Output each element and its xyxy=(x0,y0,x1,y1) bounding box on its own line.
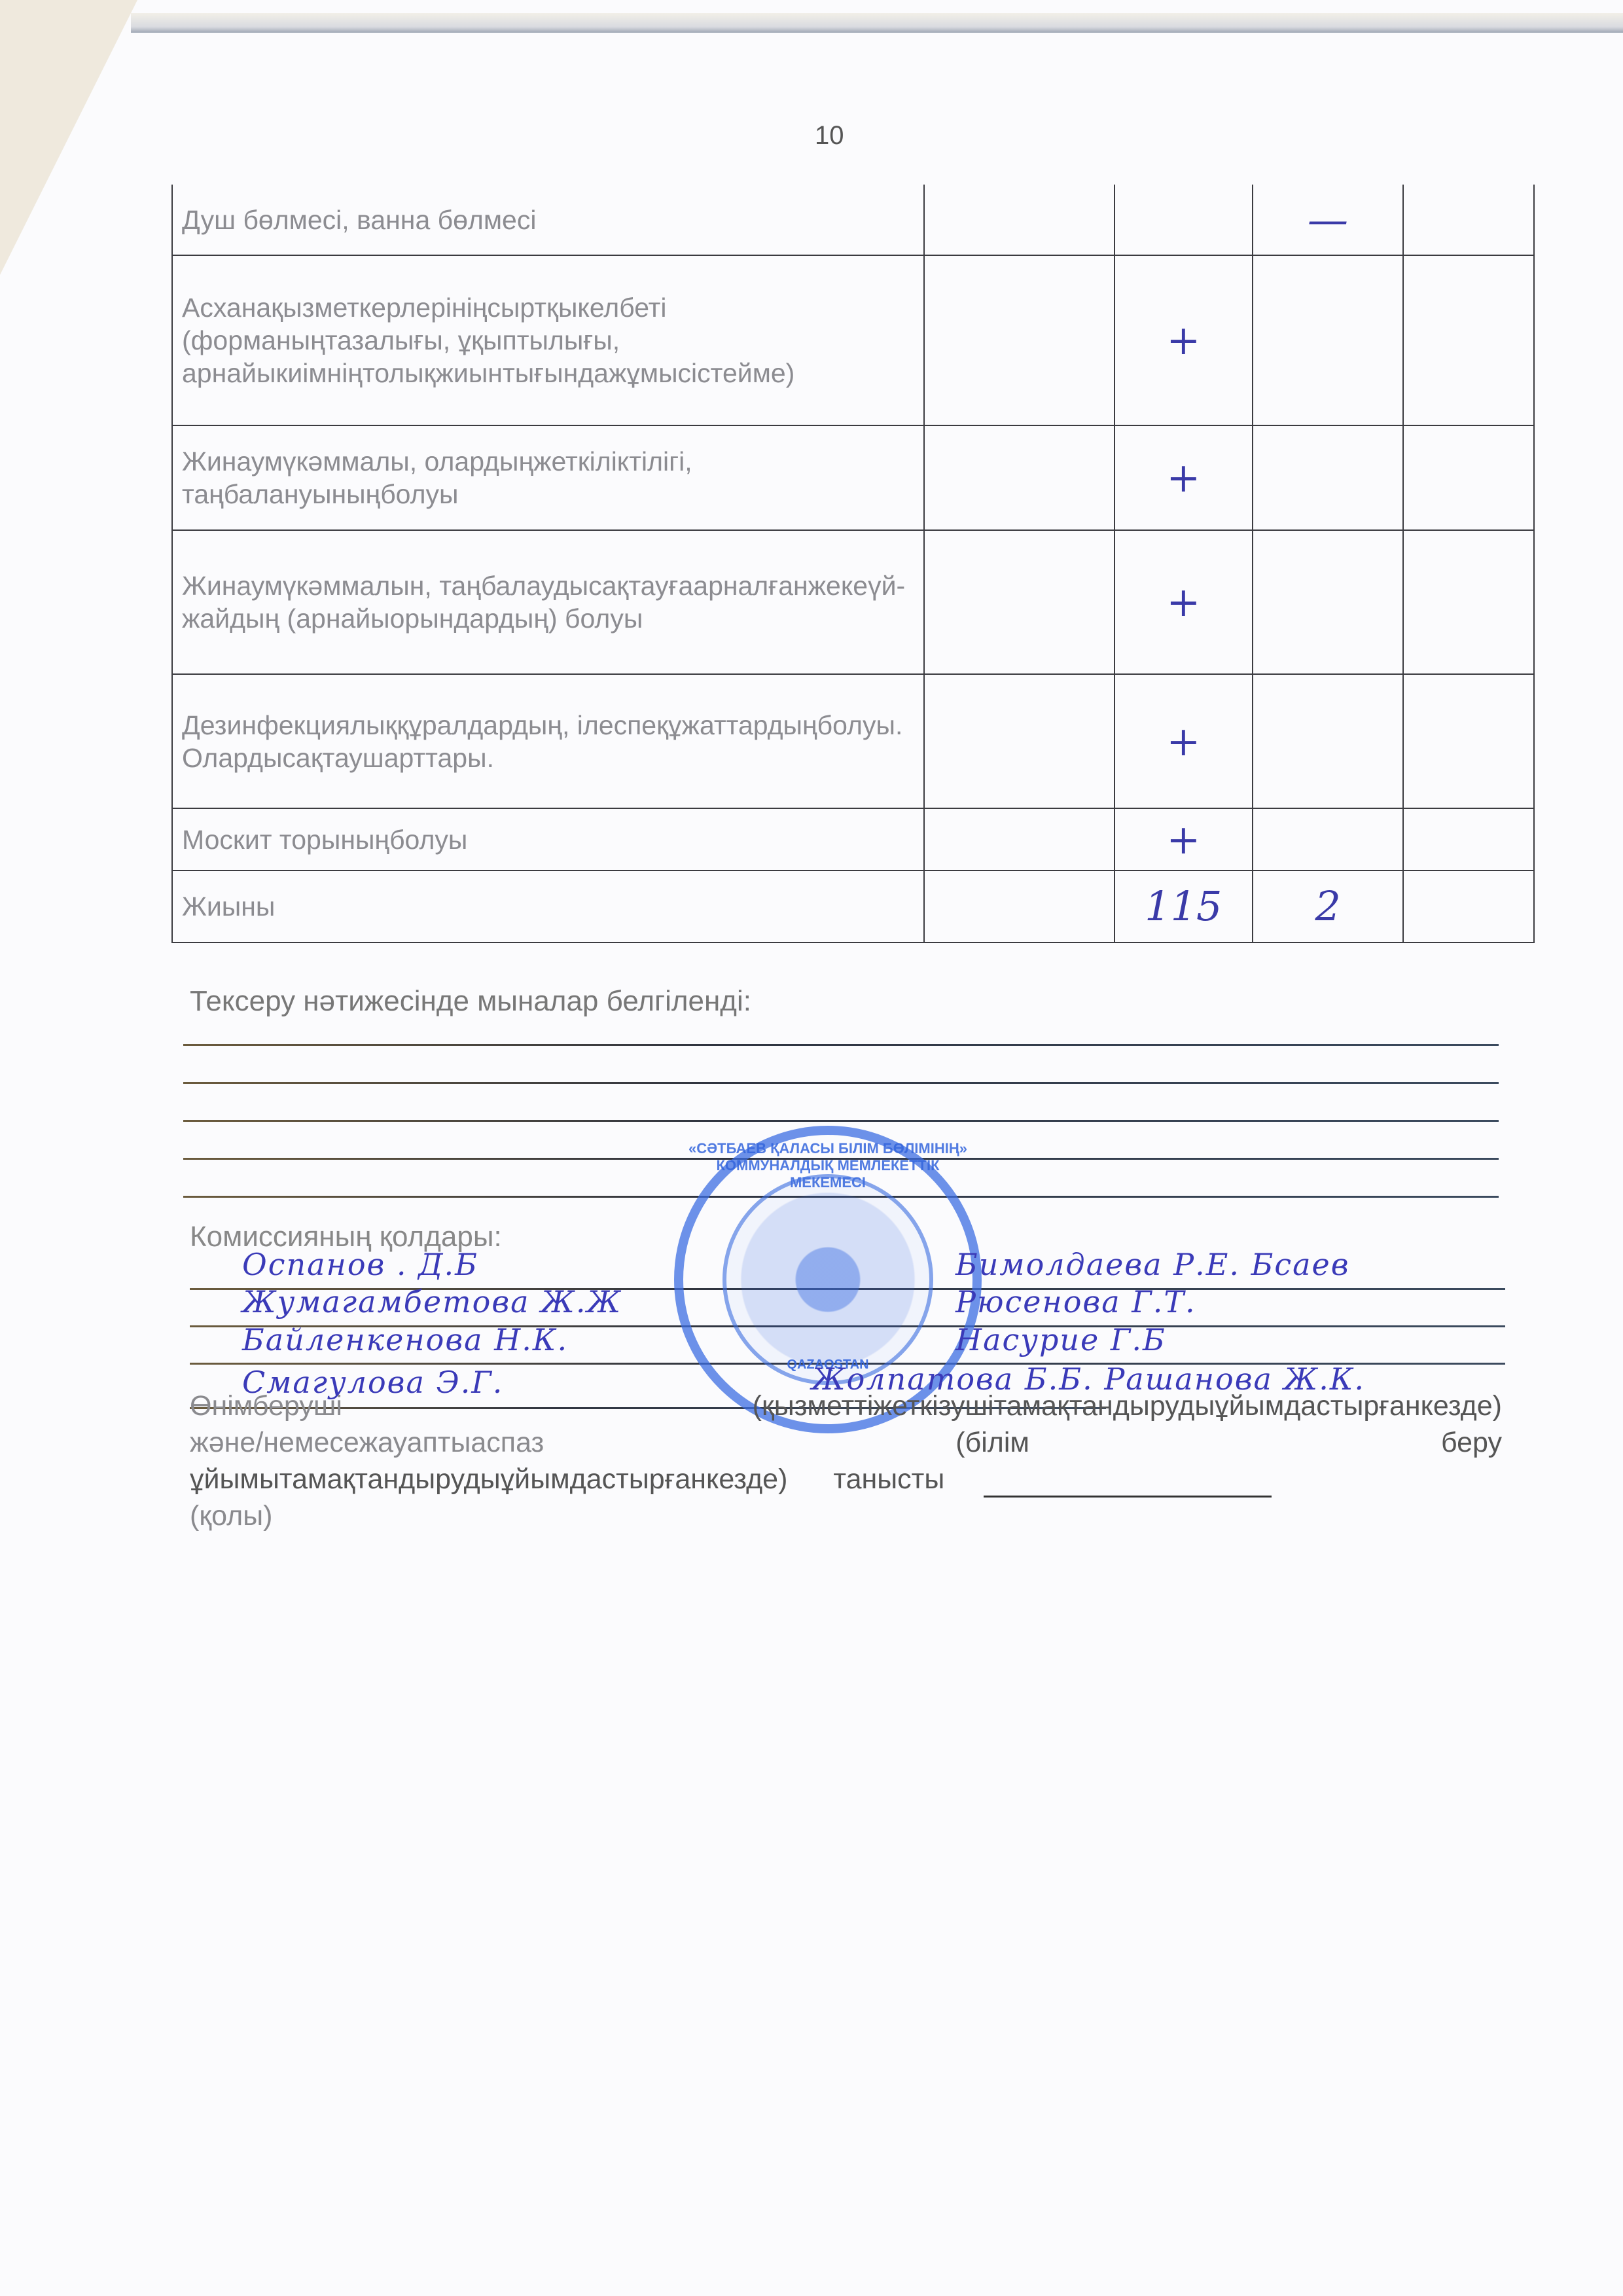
mark-cell-col-b xyxy=(1115,185,1253,255)
page-fold-corner xyxy=(0,0,137,275)
table-row: Жинаумүкәммалын, таңбалаудысақтауғаарнал… xyxy=(172,530,1534,674)
ack-cook: және/немесежауаптыаспаз xyxy=(190,1424,544,1461)
mark-cell-col-b: + xyxy=(1115,808,1253,870)
findings-label: Тексеру нәтижесінде мыналар белгіленді: xyxy=(190,985,751,1018)
findings-line xyxy=(183,1120,1499,1122)
mark-cell-col-d xyxy=(1403,808,1534,870)
mark-cell-col-a xyxy=(924,870,1115,942)
mark-cell-col-a xyxy=(924,185,1115,255)
criterion-cell: Асханақызметкерлерініңсыртқыкелбеті (фор… xyxy=(172,255,924,425)
criterion-cell: Жинаумүкәммалы, олардыңжеткіліктілігі, т… xyxy=(172,425,924,530)
mark-cell-col-b: + xyxy=(1115,674,1253,808)
mark-cell-col-d xyxy=(1403,530,1534,674)
mark-cell-col-b: 115 xyxy=(1115,870,1253,942)
table-row: Асханақызметкерлерініңсыртқыкелбеті (фор… xyxy=(172,255,1534,425)
table-row: Жинаумүкәммалы, олардыңжеткіліктілігі, т… xyxy=(172,425,1534,530)
signature-left: Оспанов . Д.Б xyxy=(242,1247,478,1282)
criterion-cell: Душ бөлмесі, ванна бөлмесі xyxy=(172,185,924,255)
acknowledgement-paragraph: Өнімберуші (қызметтіжеткізушітамақтандыр… xyxy=(190,1388,1502,1534)
mark-cell-col-c xyxy=(1253,674,1404,808)
mark-cell-col-b: + xyxy=(1115,425,1253,530)
mark-cell-col-d xyxy=(1403,255,1534,425)
mark-cell-col-b: + xyxy=(1115,255,1253,425)
ack-education: (білім xyxy=(955,1424,1029,1461)
mark-cell-col-b: + xyxy=(1115,530,1253,674)
mark-cell-col-d xyxy=(1403,425,1534,530)
criterion-cell: Жинаумүкәммалын, таңбалаудысақтауғаарнал… xyxy=(172,530,924,674)
criterion-cell: Жиыны xyxy=(172,870,924,942)
checklist-table: Душ бөлмесі, ванна бөлмесі—Асханақызметк… xyxy=(171,185,1535,943)
mark-cell-col-c xyxy=(1253,808,1404,870)
ack-provide: беру xyxy=(1441,1424,1502,1461)
table-row: Душ бөлмесі, ванна бөлмесі— xyxy=(172,185,1534,255)
scan-edge xyxy=(131,13,1623,33)
ack-organization: ұйымытамақтандырудыұйымдастырғанкезде) xyxy=(190,1461,787,1498)
mark-cell-col-a xyxy=(924,674,1115,808)
ack-supplier: Өнімберуші xyxy=(190,1388,342,1424)
stamp-emblem-icon xyxy=(722,1174,933,1385)
table-row: Дезинфекциялыққұралдардың, ілеспеқұжатта… xyxy=(172,674,1534,808)
signature-left: Жумагамбетова Ж.Ж xyxy=(242,1284,622,1319)
findings-line xyxy=(183,1044,1499,1046)
signature-left: Байленкенова Н.К. xyxy=(242,1322,568,1357)
signature-right: Рюсенова Г.Т. xyxy=(955,1284,1196,1319)
page-number: 10 xyxy=(815,121,844,151)
signature-right: Бимолдаева Р.Е. Бсаев xyxy=(955,1247,1350,1282)
ack-supplier-note: (қызметтіжеткізушітамақтандырудыұйымдаст… xyxy=(753,1388,1502,1424)
mark-cell-col-d xyxy=(1403,185,1534,255)
findings-line xyxy=(183,1082,1499,1084)
mark-cell-col-c xyxy=(1253,530,1404,674)
ack-signature-line xyxy=(984,1461,1272,1498)
mark-cell-col-d xyxy=(1403,674,1534,808)
ack-signature-caption: (қолы) xyxy=(190,1498,272,1534)
mark-cell-col-c: — xyxy=(1253,185,1404,255)
mark-cell-col-a xyxy=(924,255,1115,425)
mark-cell-col-a xyxy=(924,425,1115,530)
ack-familiarized: танысты xyxy=(833,1461,944,1498)
table-row: Москит торыныңболуы+ xyxy=(172,808,1534,870)
mark-cell-col-c: 2 xyxy=(1253,870,1404,942)
mark-cell-col-a xyxy=(924,530,1115,674)
mark-cell-col-a xyxy=(924,808,1115,870)
mark-cell-col-c xyxy=(1253,425,1404,530)
criterion-cell: Москит торыныңболуы xyxy=(172,808,924,870)
criterion-cell: Дезинфекциялыққұралдардың, ілеспеқұжатта… xyxy=(172,674,924,808)
table-row: Жиыны1152 xyxy=(172,870,1534,942)
mark-cell-col-d xyxy=(1403,870,1534,942)
signature-right: Насурие Г.Б xyxy=(955,1322,1166,1357)
mark-cell-col-c xyxy=(1253,255,1404,425)
